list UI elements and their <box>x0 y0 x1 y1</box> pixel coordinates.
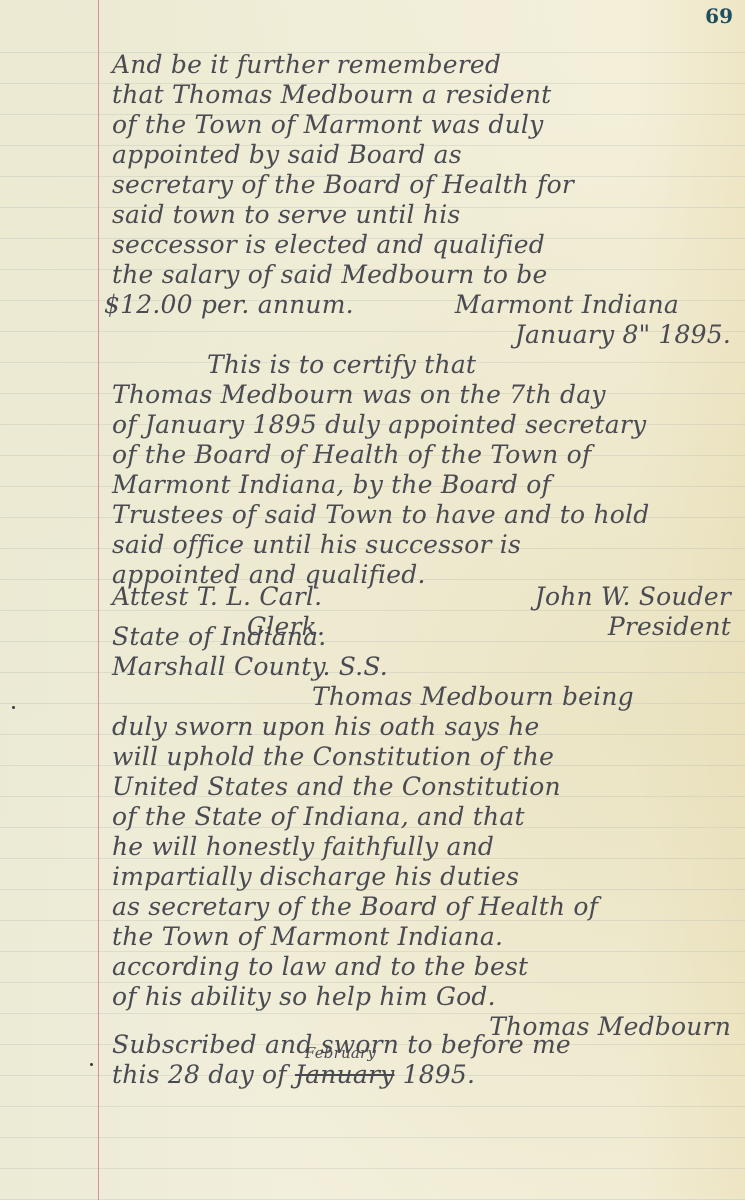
margin-rule <box>98 0 99 1200</box>
month-inserted: February <box>305 1046 376 1061</box>
text-line: Thomas Medbourn was on the 7th day <box>112 380 739 410</box>
text-line: that Thomas Medbourn a resident <box>112 80 739 110</box>
text-line: United States and the Constitution <box>112 772 739 802</box>
text-line: will uphold the Constitution of the <box>112 742 739 772</box>
text-line: seccessor is elected and qualified <box>112 230 739 260</box>
text-line: said office until his successor is <box>112 530 739 560</box>
text-line: the Town of Marmont Indiana. <box>112 922 739 952</box>
month-correction: February January <box>295 1060 395 1090</box>
text-line: according to law and to the best <box>112 952 739 982</box>
oath-opening: Thomas Medbourn being <box>112 682 739 712</box>
text-line: And be it further remembered <box>112 50 739 80</box>
text-line: of the Board of Health of the Town of <box>112 440 739 470</box>
certificate-opening: This is to certify that <box>112 350 739 380</box>
jurat-day: this 28 day of <box>112 1060 287 1089</box>
text-line: said town to serve until his <box>112 200 739 230</box>
text-line: as secretary of the Board of Health of <box>112 892 739 922</box>
text-line: of his ability so help him God. <box>112 982 739 1012</box>
venue-state: State of Indiana. <box>112 622 739 652</box>
text-line: he will honestly faithfully and <box>112 832 739 862</box>
text-line: impartially discharge his duties <box>112 862 739 892</box>
certificate-place: Marmont Indiana <box>112 290 739 320</box>
page-number: 69 <box>705 4 733 28</box>
oath-entry: State of Indiana. Marshall County. S.S. … <box>112 622 739 1042</box>
jurat-entry: Subscribed and sworn to before me this 2… <box>112 1030 739 1090</box>
appointment-entry: And be it further remembered that Thomas… <box>112 50 739 320</box>
text-line: of the Town of Marmont was duly <box>112 110 739 140</box>
text-line: of the State of Indiana, and that <box>112 802 739 832</box>
ledger-page: 69 And be it further remembered that Tho… <box>0 0 745 1200</box>
text-line: appointed and qualified. <box>112 560 739 582</box>
attest-signature: Attest T. L. Carl. <box>112 582 322 612</box>
text-line: duly sworn upon his oath says he <box>112 712 739 742</box>
text-line: Trustees of said Town to have and to hol… <box>112 500 739 530</box>
margin-dot <box>12 706 15 709</box>
certificate-entry: Marmont Indiana January 8" 1895. This is… <box>112 290 739 642</box>
venue-county: Marshall County. S.S. <box>112 652 739 682</box>
jurat-date-line: this 28 day of February January 1895. <box>112 1060 739 1090</box>
text-line: Marmont Indiana, by the Board of <box>112 470 739 500</box>
certificate-date: January 8" 1895. <box>112 320 739 350</box>
text-line: secretary of the Board of Health for <box>112 170 739 200</box>
president-signature: John W. Souder <box>535 582 731 612</box>
month-struck: January <box>295 1060 395 1089</box>
jurat-line: Subscribed and sworn to before me <box>112 1030 739 1060</box>
margin-dot <box>90 1063 93 1066</box>
text-line: appointed by said Board as <box>112 140 739 170</box>
jurat-year: 1895. <box>403 1060 476 1089</box>
text-line: of January 1895 duly appointed secretary <box>112 410 739 440</box>
text-line: the salary of said Medbourn to be <box>112 260 739 290</box>
